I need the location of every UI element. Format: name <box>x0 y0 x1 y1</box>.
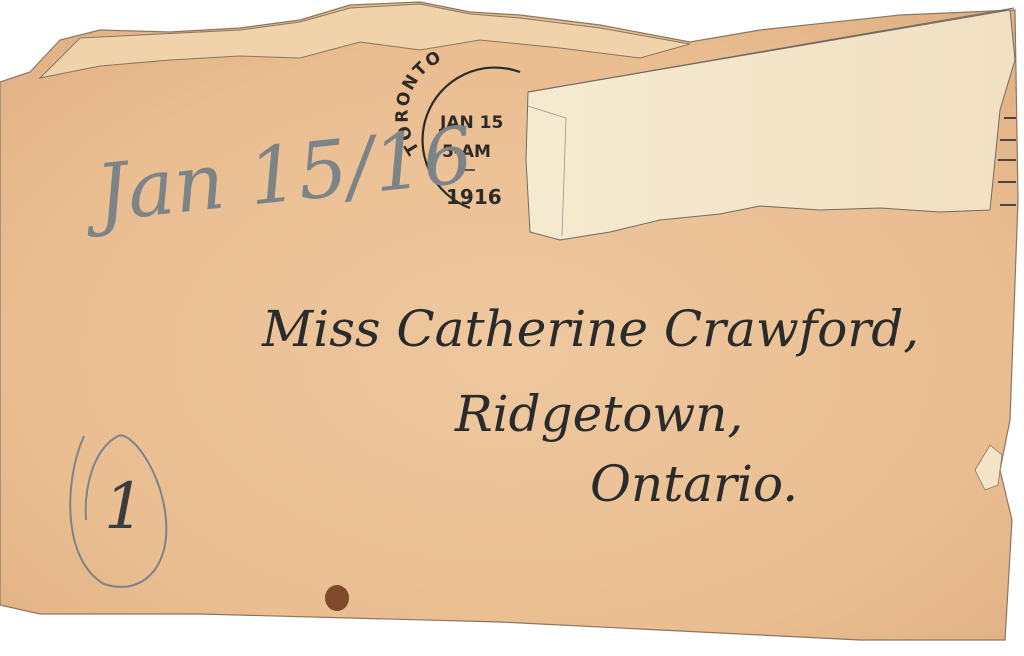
stain-spot <box>325 585 349 611</box>
address-line-2: Ridgetown, <box>455 385 743 443</box>
address-line-3: Ontario. <box>590 455 798 513</box>
address-line-1: Miss Catherine Crawford, <box>262 300 919 358</box>
pencil-circled-number: 1 <box>104 470 145 544</box>
